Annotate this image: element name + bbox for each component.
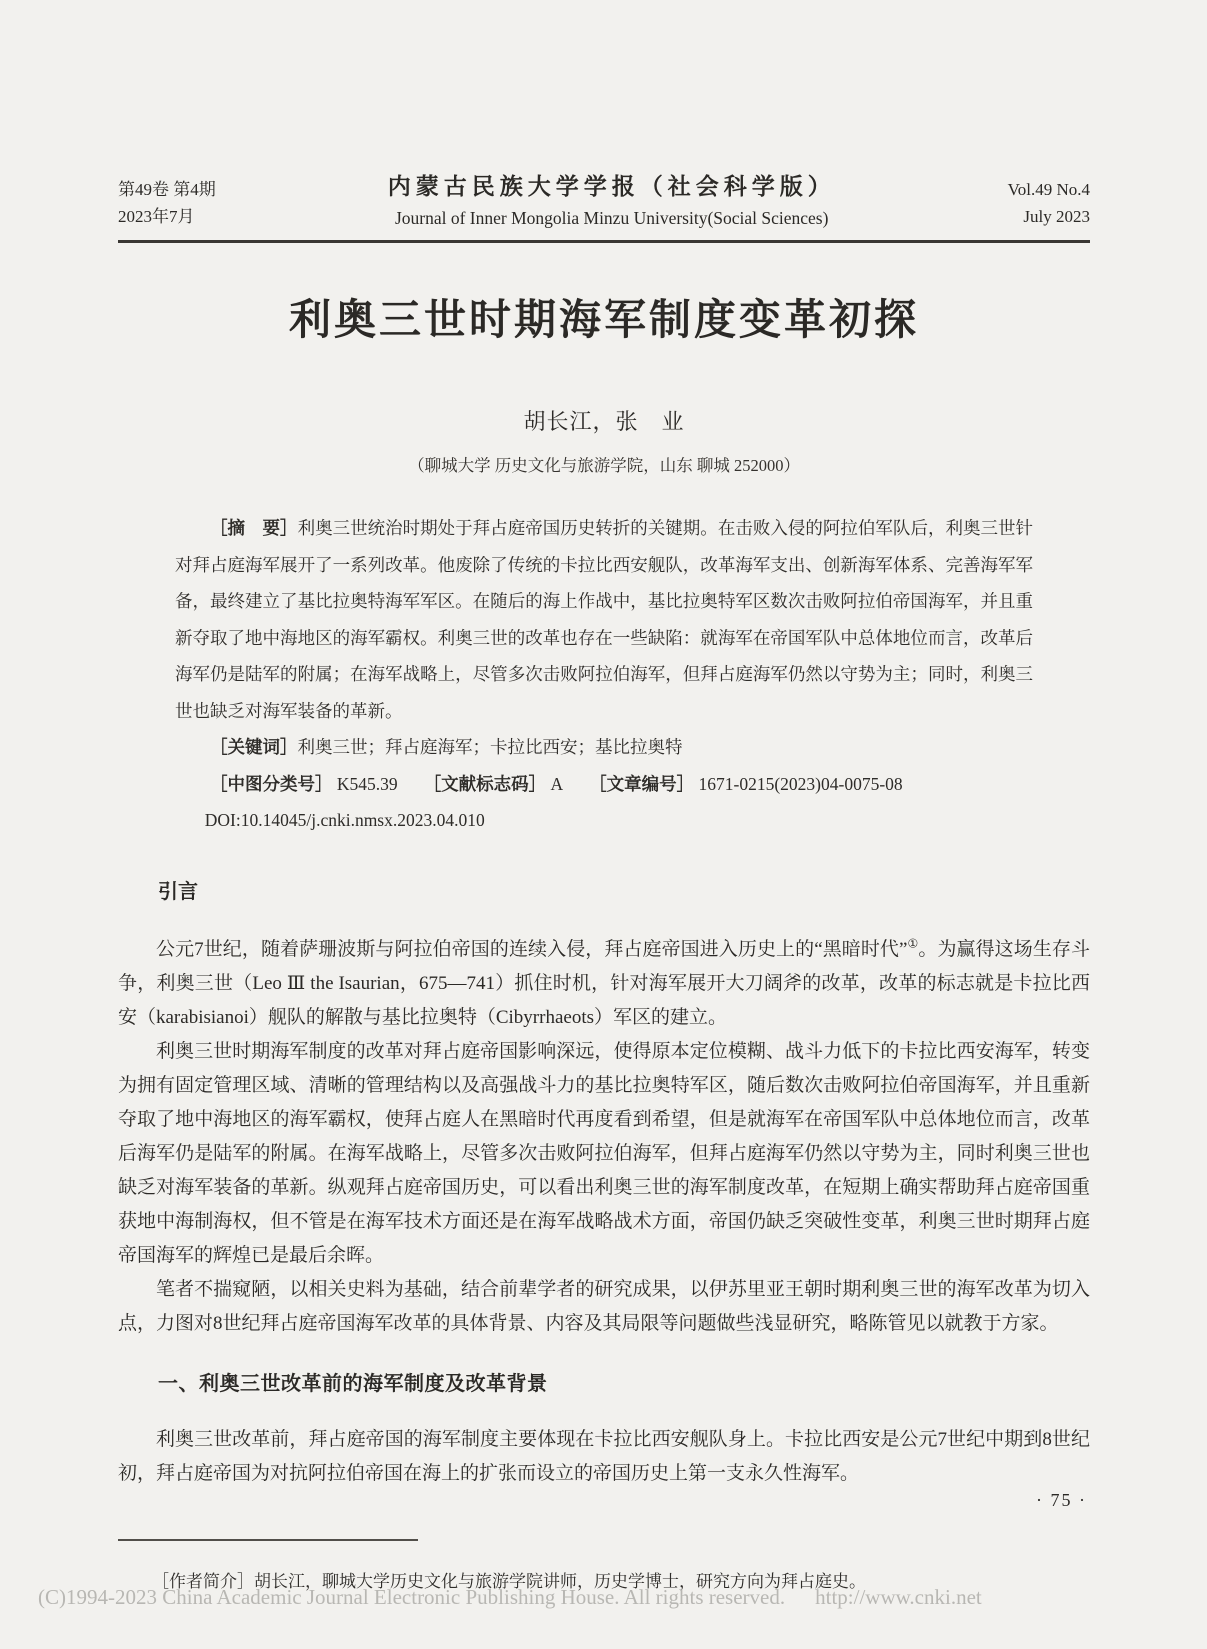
- footnote-ref-1: ①: [907, 936, 918, 950]
- journal-title-en: Journal of Inner Mongolia Minzu Universi…: [216, 208, 1008, 229]
- article-id-value: 1671-0215(2023)04-0075-08: [699, 774, 903, 794]
- issue-date-line: 2023年7月: [118, 203, 216, 230]
- paragraph-2: 利奥三世时期海军制度的改革对拜占庭帝国影响深远，使得原本定位模糊、战斗力低下的卡…: [118, 1035, 1090, 1273]
- article-body: 引言 公元7世纪，随着萨珊波斯与阿拉伯帝国的连续入侵，拜占庭帝国进入历史上的“黑…: [118, 875, 1090, 1491]
- doc-code-value: A: [551, 774, 564, 794]
- keywords-text: 利奥三世；拜占庭海军；卡拉比西安；基比拉奥特: [298, 737, 683, 757]
- keywords-label: ［关键词］: [210, 737, 298, 757]
- cnki-footer: (C)1994-2023 China Academic Journal Elec…: [38, 1585, 982, 1610]
- abstract-block: ［摘 要］利奥三世统治时期处于拜占庭帝国历史转折的关键期。在击败入侵的阿拉伯军队…: [118, 510, 1090, 839]
- article-affiliation: （聊城大学 历史文化与旅游学院，山东 聊城 252000）: [118, 452, 1090, 476]
- abstract-label: ［摘 要］: [210, 518, 298, 538]
- article-title: 利奥三世时期海军制度变革初探: [118, 287, 1090, 347]
- clc-label: ［中图分类号］: [210, 774, 333, 794]
- vol-date-line: July 2023: [1008, 203, 1090, 230]
- page-content: 第49卷 第4期 2023年7月 内蒙古民族大学学报（社会科学版） Journa…: [118, 172, 1090, 1592]
- paragraph-1: 公元7世纪，随着萨珊波斯与阿拉伯帝国的连续入侵，拜占庭帝国进入历史上的“黑暗时代…: [118, 933, 1090, 1035]
- paragraph-3: 笔者不揣窥陋，以相关史料为基础，结合前辈学者的研究成果，以伊苏里亚王朝时期利奥三…: [118, 1273, 1090, 1341]
- classification-line: ［中图分类号］ K545.39［文献标志码］ A［文章编号］ 1671-0215…: [175, 766, 1033, 803]
- vol-no-line: Vol.49 No.4: [1008, 176, 1090, 203]
- masthead-issue-block: 第49卷 第4期 2023年7月: [118, 172, 216, 230]
- cnki-url: http://www.cnki.net: [815, 1585, 982, 1609]
- intro-heading: 引言: [118, 875, 1090, 909]
- masthead-journal-title: 内蒙古民族大学学报（社会科学版） Journal of Inner Mongol…: [216, 172, 1008, 229]
- doi-line: DOI:10.14045/j.cnki.nmsx.2023.04.010: [175, 802, 1033, 839]
- journal-page: 第49卷 第4期 2023年7月 内蒙古民族大学学报（社会科学版） Journa…: [0, 0, 1207, 1649]
- page-number: · 75 ·: [1036, 1490, 1087, 1511]
- masthead-vol-block: Vol.49 No.4 July 2023: [1008, 172, 1090, 230]
- abstract-text: 利奥三世统治时期处于拜占庭帝国历史转折的关键期。在击败入侵的阿拉伯军队后，利奥三…: [175, 518, 1033, 721]
- keywords-line: ［关键词］利奥三世；拜占庭海军；卡拉比西安；基比拉奥特: [175, 729, 1033, 766]
- abstract-paragraph: ［摘 要］利奥三世统治时期处于拜占庭帝国历史转折的关键期。在击败入侵的阿拉伯军队…: [175, 510, 1033, 729]
- footnote-divider: [118, 1539, 418, 1541]
- paragraph-4: 利奥三世改革前，拜占庭帝国的海军制度主要体现在卡拉比西安舰队身上。卡拉比西安是公…: [118, 1423, 1090, 1491]
- article-id-label: ［文章编号］: [589, 774, 694, 794]
- paragraph-1-text-a: 公元7世纪，随着萨珊波斯与阿拉伯帝国的连续入侵，拜占庭帝国进入历史上的“黑暗时代…: [156, 939, 907, 960]
- article-authors: 胡长江，张 业: [118, 405, 1090, 436]
- journal-masthead: 第49卷 第4期 2023年7月 内蒙古民族大学学报（社会科学版） Journa…: [118, 172, 1090, 243]
- doc-code-label: ［文献标志码］: [424, 774, 547, 794]
- clc-value: K545.39: [337, 774, 398, 794]
- copyright-text: (C)1994-2023 China Academic Journal Elec…: [38, 1585, 785, 1609]
- section-1-heading: 一、利奥三世改革前的海军制度及改革背景: [118, 1367, 1090, 1401]
- issue-volume-line: 第49卷 第4期: [118, 176, 216, 203]
- journal-title-cn: 内蒙古民族大学学报（社会科学版）: [216, 172, 1008, 200]
